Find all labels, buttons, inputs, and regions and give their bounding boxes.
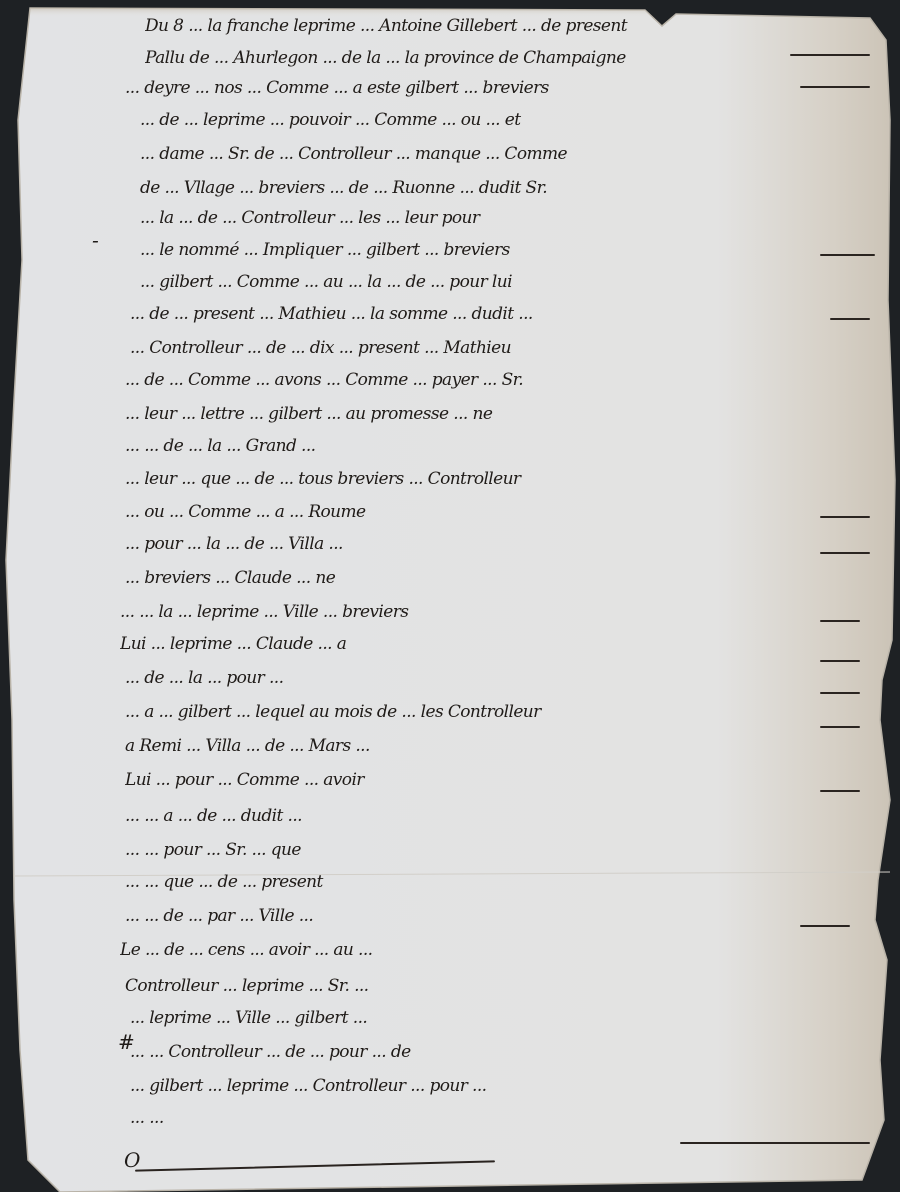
manuscript-line: ... dame ... Sr. de ... Controlleur ... …: [140, 142, 880, 166]
manuscript-text: Du 8 ... la franche leprime ... Antoine …: [0, 0, 900, 1192]
manuscript-line: ... ... de ... par ... Ville ...: [125, 904, 875, 928]
line-end-flourish: [830, 318, 870, 320]
manuscript-line: Pallu de ... Ahurlegon ... de la ... la …: [145, 46, 885, 70]
manuscript-line: ... Controlleur ... de ... dix ... prese…: [130, 336, 880, 360]
line-end-flourish: [800, 925, 850, 927]
line-end-flourish: [790, 54, 870, 56]
manuscript-line: Controlleur ... leprime ... Sr. ...: [125, 974, 875, 998]
manuscript-line: ... ... que ... de ... present: [125, 870, 875, 894]
line-end-flourish: [800, 86, 870, 88]
line-end-flourish: [680, 1142, 870, 1144]
manuscript-line: Lui ... leprime ... Claude ... a: [120, 632, 875, 656]
manuscript-line: ... ... Controlleur ... de ... pour ... …: [130, 1040, 875, 1064]
manuscript-line: ... leur ... que ... de ... tous brevier…: [125, 467, 880, 491]
manuscript-line: de ... Vllage ... breviers ... de ... Ru…: [140, 176, 880, 200]
manuscript-line: ... a ... gilbert ... lequel au mois de …: [125, 700, 875, 724]
manuscript-line: ... de ... present ... Mathieu ... la so…: [130, 302, 880, 326]
manuscript-line: ... leprime ... Ville ... gilbert ...: [130, 1006, 875, 1030]
line-end-flourish: [820, 790, 860, 792]
line-end-flourish: [820, 254, 875, 256]
manuscript-line: ... breviers ... Claude ... ne: [125, 566, 880, 590]
manuscript-line: ... la ... de ... Controlleur ... les ..…: [140, 206, 880, 230]
margin-mark: O: [124, 1148, 140, 1172]
manuscript-line: ... gilbert ... Comme ... au ... la ... …: [140, 270, 880, 294]
manuscript-line: ... de ... leprime ... pouvoir ... Comme…: [140, 108, 880, 132]
line-end-flourish: [820, 516, 870, 518]
line-end-flourish: [820, 552, 870, 554]
line-end-flourish: [820, 726, 860, 728]
manuscript-line: ... deyre ... nos ... Comme ... a este g…: [125, 76, 865, 100]
manuscript-line: ... gilbert ... leprime ... Controlleur …: [130, 1074, 875, 1098]
manuscript-line: ... ... de ... la ... Grand ...: [125, 434, 880, 458]
manuscript-line: a Remi ... Villa ... de ... Mars ...: [125, 734, 875, 758]
manuscript-line: ... le nommé ... Impliquer ... gilbert .…: [140, 238, 880, 262]
manuscript-line: ... ou ... Comme ... a ... Roume: [125, 500, 880, 524]
manuscript-line: ... ... pour ... Sr. ... que: [125, 838, 875, 862]
line-end-flourish: [820, 692, 860, 694]
manuscript-line: Lui ... pour ... Comme ... avoir: [125, 768, 875, 792]
manuscript-line: ... leur ... lettre ... gilbert ... au p…: [125, 402, 880, 426]
line-end-flourish: [820, 660, 860, 662]
manuscript-line: ... ...: [130, 1106, 430, 1130]
manuscript-line: ... ... a ... de ... dudit ...: [125, 804, 875, 828]
closing-flourish: [135, 1160, 495, 1171]
manuscript-line: ... pour ... la ... de ... Villa ...: [125, 532, 880, 556]
line-end-flourish: [820, 620, 860, 622]
manuscript-line: ... ... la ... leprime ... Ville ... bre…: [120, 600, 875, 624]
margin-mark: #: [118, 1030, 135, 1054]
manuscript-line: ... de ... Comme ... avons ... Comme ...…: [125, 368, 880, 392]
manuscript-line: Le ... de ... cens ... avoir ... au ...: [120, 938, 870, 962]
manuscript-line: ... de ... la ... pour ...: [125, 666, 875, 690]
margin-mark: -: [92, 228, 99, 252]
manuscript-line: Du 8 ... la franche leprime ... Antoine …: [145, 14, 885, 38]
